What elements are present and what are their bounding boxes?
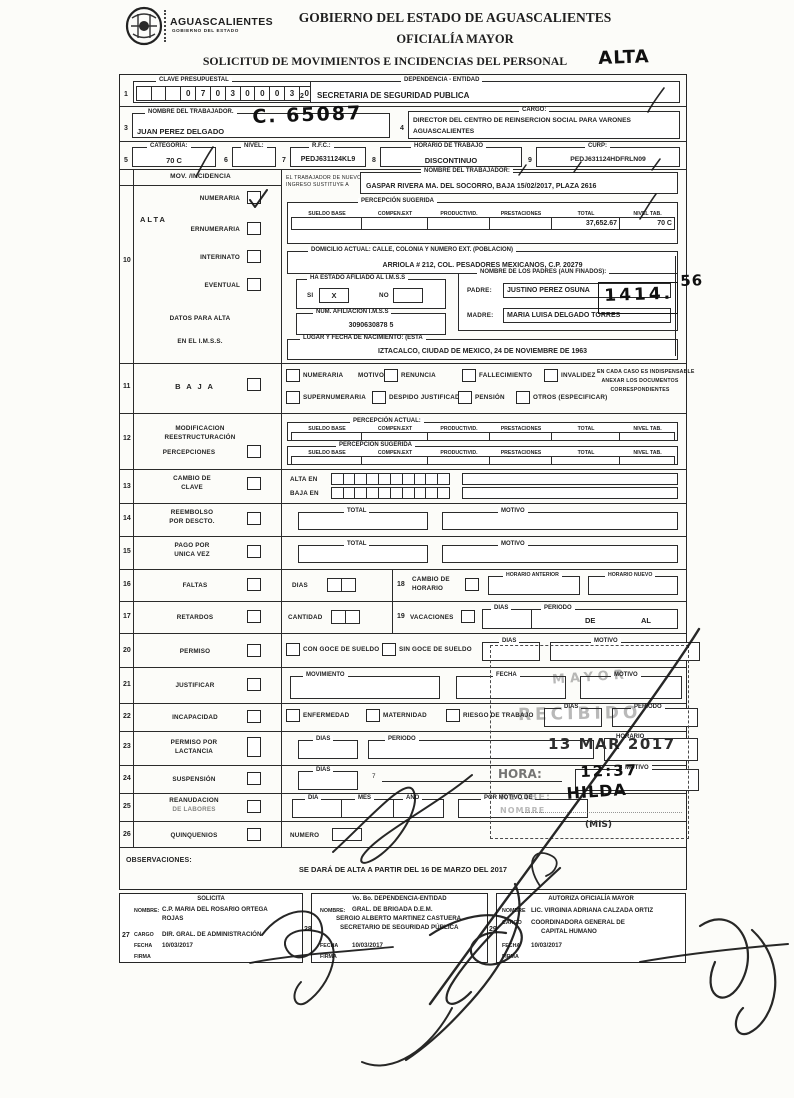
reanudacion-title-1: REANUDACION (142, 797, 246, 804)
modificacion-checkbox[interactable] (247, 445, 261, 458)
cargo-label: CARGO: (519, 107, 549, 113)
sustituye-text-1: EL TRABAJADOR DE NUEVO (286, 175, 361, 181)
reembolso-motivo-field[interactable]: MOTIVO (442, 512, 678, 530)
baja-en-cells[interactable] (332, 487, 450, 499)
autoriza-cargo-2: CAPITAL HUMANO (541, 928, 597, 935)
justificar-checkbox[interactable] (247, 678, 261, 691)
handwritten-amount: 1414. (604, 284, 673, 306)
brand-subtitle: GOBIERNO DEL ESTADO (172, 28, 239, 33)
col-cell[interactable] (619, 456, 675, 465)
percepcion-sugerida-label-2: PERCEPCION SUGERIDA (336, 442, 415, 448)
lugar-nacimiento-value: IZTACALCO, CIUDAD DE MEXICO, 24 DE NOVIE… (288, 348, 677, 355)
baja-en-label: BAJA EN (290, 490, 319, 497)
digit-cell[interactable] (151, 86, 167, 101)
vacaciones-al-label: AL (641, 616, 651, 625)
nivel-field[interactable]: NIVEL: (232, 147, 276, 167)
divider (393, 800, 394, 817)
label-column-line (281, 169, 282, 847)
sustituye-text-2: INGRESO SUSTITUYE A (286, 182, 349, 188)
incapacidad-title: INCAPACIDAD (148, 714, 242, 721)
vacaciones-dias-label: DIAS (491, 605, 511, 611)
section-number: 20 (123, 647, 131, 654)
quinquenios-title: QUINQUENIOS (144, 832, 244, 839)
autoriza-cargo-1: COORDINADORA GENERAL DE (531, 919, 625, 926)
justificar-title: JUSTIFICAR (150, 682, 240, 689)
percepciones-title: PERCEPCIONES (136, 449, 242, 456)
incapacidad-checkbox[interactable] (247, 710, 261, 723)
reanudacion-fecha-field[interactable]: DIA MES AÑO (292, 799, 444, 818)
vobo-fecha: 10/03/2017 (352, 942, 383, 949)
dia-label: DIA (305, 795, 321, 801)
section-number: 25 (123, 803, 131, 810)
cargo-value-line1: DIRECTOR DEL CENTRO DE REINSERCION SOCIA… (413, 117, 631, 124)
mes-label: MES (355, 795, 374, 801)
vacaciones-de-label: DE (585, 616, 595, 625)
horario-trabajo-label: HORARIO DE TRABAJO (411, 143, 486, 149)
field-number: 5 (124, 157, 128, 164)
numeraria-checkbox[interactable] (247, 191, 261, 204)
si-value: X (320, 291, 348, 300)
handwritten-alta: ALTA (598, 46, 650, 69)
modificacion-title-1: MODIFICACION (142, 425, 258, 432)
document-title: GOBIERNO DEL ESTADO DE AGUASCALIENTES (240, 10, 670, 26)
number-column-line (133, 169, 134, 847)
ano-label: AÑO (403, 795, 422, 801)
baja-checkbox[interactable] (247, 378, 261, 391)
row-line (120, 185, 281, 186)
digit-cell[interactable] (136, 86, 152, 101)
lactancia-title-1: PERMISO POR (144, 739, 244, 746)
vacaciones-periodo-field[interactable]: DIAS PERIODO DE AL (482, 609, 678, 629)
stamp-nombre-faint: NOMBRE (500, 806, 545, 815)
horario-anterior-field[interactable]: HORARIO ANTERIOR (488, 576, 580, 595)
col-cell[interactable] (489, 432, 552, 441)
sustituto-nombre-label: NOMBRE DEL TRABAJADOR: (421, 168, 513, 174)
col-cell[interactable] (489, 456, 552, 465)
field-number: 1 (124, 91, 128, 98)
despido-checkbox[interactable] (372, 391, 386, 404)
en-el-imss-label: EN EL I.M.S.S. (145, 338, 255, 345)
fecha-label: FECHA (320, 943, 338, 949)
autoriza-block: AUTORIZA OFICIALÍA MAYOR NOMBRE LIC. VIR… (496, 893, 686, 963)
lactancia-periodo-label: PERIODO (385, 736, 419, 742)
autoriza-nombre: LIC. VIRGINIA ADRIANA CALZADA ORTIZ (531, 907, 653, 914)
percepcion-sugerida-group-2: PERCEPCION SUGERIDA SUELDO BASE COMPEN.E… (287, 446, 678, 465)
no-checkbox[interactable] (393, 288, 423, 303)
fallecimiento-checkbox[interactable] (462, 369, 476, 382)
digit-cell[interactable]: 0 (254, 86, 270, 101)
section-number: 19 (397, 613, 405, 620)
row-line (120, 363, 686, 364)
permiso-checkbox[interactable] (247, 644, 261, 657)
sin-goce-checkbox[interactable] (382, 643, 396, 656)
padre-value: JUSTINO PEREZ OSUNA (507, 287, 590, 294)
firma-label: FIRMA (502, 954, 519, 960)
reembolso-motivo-label: MOTIVO (498, 508, 528, 514)
baja-motivo-label: MOTIVO (358, 372, 384, 379)
reembolso-checkbox[interactable] (247, 512, 261, 525)
header-divider (164, 10, 166, 42)
pago-title-1: PAGO POR (142, 542, 242, 549)
baja-en-extension[interactable] (462, 487, 678, 499)
alta-en-cells[interactable] (332, 473, 450, 485)
section-number: 18 (397, 581, 405, 588)
cargo-label: CARGO (502, 920, 522, 926)
reembolso-total-field[interactable]: TOTAL (298, 512, 428, 530)
handwritten-hora: 12:37 (580, 761, 638, 781)
nivel-label: NIVEL: (241, 143, 267, 149)
horario-trabajo-value: DISCONTINUO (381, 156, 521, 165)
faltas-dias-cells[interactable] (328, 578, 356, 592)
cambio-horario-label-1: CAMBIO DE (412, 576, 450, 583)
section-number: 13 (123, 483, 131, 490)
row-line (120, 601, 686, 602)
section-number: 14 (123, 515, 131, 522)
solicita-fecha: 10/03/2017 (162, 942, 193, 949)
state-seal-icon (124, 6, 164, 46)
handwritten-cedula: C. 65087 (252, 102, 363, 128)
field-number: 7 (282, 157, 286, 164)
prestaciones-cell[interactable] (489, 217, 552, 230)
reembolso-total-label: TOTAL (344, 508, 369, 514)
pension-checkbox[interactable] (458, 391, 472, 404)
document-page: AGUASCALIENTES GOBIERNO DEL ESTADO GOBIE… (0, 0, 794, 1098)
numero-field[interactable] (332, 828, 362, 841)
section-number: 16 (123, 581, 131, 588)
row-line (120, 469, 686, 470)
digit-cell[interactable]: 3 (284, 86, 300, 101)
datos-para-alta-label: DATOS PARA ALTA (145, 315, 255, 322)
num-afiliacion-value: 3090630878 5 (297, 322, 445, 329)
invalidez-label: INVALIDEZ (561, 372, 596, 379)
solicita-cargo: DIR. GRAL. DE ADMINISTRACIÓN (162, 931, 261, 938)
rfc-field[interactable]: R.F.C.: PEDJ631124KL9 (290, 147, 366, 167)
reembolso-title-1: REEMBOLSO (142, 509, 242, 516)
solicita-nombre-1: C.P. MARIA DEL ROSARIO ORTEGA (162, 906, 268, 913)
si-label: SI (307, 292, 313, 299)
col-cell[interactable] (619, 432, 675, 441)
handwritten-vertical-line (675, 256, 676, 356)
vacaciones-label: VACACIONES (410, 614, 454, 621)
handwritten-amount-2: 56 (680, 271, 703, 290)
digit-cell[interactable]: 0 (240, 86, 256, 101)
form-title: SOLICITUD DE MOVIMIENTOS E INCIDENCIAS D… (160, 54, 610, 69)
signature-autoriza-2 (736, 930, 775, 1034)
baja-numeraria-label: NUMERARIA (303, 372, 343, 379)
col-cell[interactable] (291, 432, 362, 441)
row-line (120, 536, 686, 537)
supernumeraria-label: ERNUMERARIA (156, 226, 240, 233)
row-line (120, 413, 686, 414)
eventual-label: EVENTUAL (160, 282, 240, 289)
horario-trabajo-field[interactable]: HORARIO DE TRABAJO DISCONTINUO (380, 147, 522, 167)
si-checkbox[interactable]: X (319, 288, 349, 303)
vobo-block: Vo. Bo. DEPENDENCIA-ENTIDAD NOMBRE: GRAL… (311, 893, 488, 963)
section-number: 23 (123, 743, 131, 750)
con-goce-label: CON GOCE DE SUELDO (303, 646, 379, 653)
stamp-hora-label: HORA: (498, 767, 542, 781)
otros-label: OTROS (ESPECIFICAR) (533, 394, 607, 401)
signature-autoriza-1 (700, 919, 748, 997)
firma-label: FIRMA (320, 954, 337, 960)
section-number: 21 (123, 681, 131, 688)
cantidad-cells[interactable] (332, 610, 360, 624)
madre-label: MADRE: (467, 312, 493, 319)
baja-nota-2: ANEXAR LOS DOCUMENTOS (597, 378, 683, 384)
section-number: 17 (123, 613, 131, 620)
reembolso-title-2: POR DESCTO. (142, 518, 242, 525)
padres-label: NOMBRE DE LOS PADRES (AUN FINADOS): (477, 269, 609, 275)
renuncia-label: RENUNCIA (401, 372, 436, 379)
sustituto-nombre-field[interactable]: NOMBRE DEL TRABAJADOR: GASPAR RIVERA MA.… (360, 172, 678, 194)
observaciones-label: OBSERVACIONES: (126, 857, 192, 864)
dependencia-label: DEPENDENCIA - ENTIDAD (401, 77, 482, 83)
percepcion-sugerida-label: PERCEPCIÓN SUGERIDA (358, 198, 437, 204)
lactancia-title-2: LACTANCIA (144, 748, 244, 755)
pago-motivo-field[interactable]: MOTIVO (442, 545, 678, 563)
field-number: 9 (528, 157, 532, 164)
stamp-dotted-line (522, 812, 682, 813)
numeraria-label: NUMERARIA (160, 195, 240, 202)
section-number: 24 (123, 775, 131, 782)
cantidad-label: CANTIDAD (288, 614, 322, 621)
percepcion-actual-label: PERCEPCIÓN ACTUAL: (350, 418, 424, 424)
field-number: 3 (124, 125, 128, 132)
col-cell[interactable] (427, 456, 490, 465)
curp-field[interactable]: CURP: PEDJ631124HDFRLN09 (536, 147, 680, 167)
reanudacion-title-2: DE LABORES (142, 806, 246, 813)
quinquenios-checkbox[interactable] (247, 828, 261, 841)
row-line (120, 106, 686, 107)
digit-cell[interactable]: 3 (225, 86, 241, 101)
horario-nuevo-label: HORARIO NUEVO (605, 572, 655, 578)
maternidad-label: MATERNIDAD (383, 712, 427, 719)
alta-en-extension[interactable] (462, 473, 678, 485)
baja-numeraria-checkbox[interactable] (286, 369, 300, 382)
col-cell[interactable] (551, 432, 620, 441)
pago-motivo-label: MOTIVO (498, 541, 528, 547)
col-cell[interactable] (427, 432, 490, 441)
fallecimiento-label: FALLECIMIENTO (479, 372, 532, 379)
interinato-label: INTERINATO (160, 254, 240, 261)
field-number: 4 (400, 125, 404, 132)
permiso-dias-label: DIAS (499, 638, 519, 644)
nombre-label: NOMBRE: (134, 908, 159, 914)
baja-supernumeraria-label: SUPERNUMERARIA (303, 394, 366, 401)
vacaciones-checkbox[interactable] (461, 610, 475, 623)
total-cell[interactable]: 37,652.67 (551, 217, 620, 230)
field-number: 8 (372, 157, 376, 164)
dependencia-value: SECRETARIA DE SEGURIDAD PUBLICA (317, 91, 469, 100)
categoria-field[interactable]: CATEGORÍA: 70 C (132, 147, 216, 167)
interinato-checkbox[interactable] (247, 250, 261, 263)
otros-checkbox[interactable] (516, 391, 530, 404)
digit-cell[interactable]: 0 (269, 86, 285, 101)
cambio-clave-checkbox[interactable] (247, 477, 261, 490)
cambio-clave-title-1: CAMBIO DE (142, 475, 242, 482)
cambio-horario-label-2: HORARIO (412, 585, 443, 592)
afiliado-imss-group: HA ESTADO AFILIADO AL I.M.S.S SI X NO (296, 279, 446, 309)
horario-anterior-label: HORARIO ANTERIOR (503, 572, 562, 578)
lactancia-checkbox[interactable] (247, 737, 261, 757)
afiliado-imss-label: HA ESTADO AFILIADO AL I.M.S.S (307, 275, 408, 281)
movimiento-label: MOVIMIENTO (303, 672, 348, 678)
baja-nota-1: EN CADA CASO ES INDISPENSABLE (597, 369, 683, 375)
compen-ext-cell[interactable] (361, 217, 428, 230)
digit-cell[interactable]: 7 (195, 86, 211, 101)
row-line (120, 169, 686, 170)
modificacion-title-2: REESTRUCTURACIÓN (142, 434, 258, 441)
categoria-label: CATEGORÍA: (147, 143, 191, 149)
riesgo-trabajo-checkbox[interactable] (446, 709, 460, 722)
rfc-value: PEDJ631124KL9 (291, 156, 365, 163)
field-number: 6 (224, 157, 228, 164)
invalidez-checkbox[interactable] (544, 369, 558, 382)
solicita-nombre-2: ROJAS (162, 915, 183, 922)
section-number: 11 (123, 383, 130, 390)
movimiento-field[interactable]: MOVIMIENTO (290, 676, 440, 699)
horario-nuevo-field[interactable]: HORARIO NUEVO (588, 576, 678, 595)
section-number: 22 (123, 713, 131, 720)
digit-cell[interactable]: 0 (180, 86, 196, 101)
nombre-trabajador-label: NOMBRE DEL TRABAJADOR. (145, 109, 237, 115)
digit-cell[interactable]: 0 (210, 86, 226, 101)
clave-presupuestal-label: CLAVE PRESUPUESTAL (156, 77, 232, 83)
row-line (120, 633, 686, 634)
suspension-dias-label: DIAS (313, 767, 333, 773)
stamp-date: 13 MAR 2017 (548, 735, 676, 753)
lugar-nacimiento-label: LUGAR Y FECHA DE NACIMIENTO: (ESTA (300, 335, 426, 341)
row-line (120, 847, 686, 848)
eventual-checkbox[interactable] (247, 278, 261, 291)
nombre-trabajador-value: JUAN PEREZ DELGADO (137, 127, 224, 136)
renuncia-checkbox[interactable] (384, 369, 398, 382)
nombre-label: NOMBRE (502, 908, 526, 914)
nivel-tab-cell[interactable]: 70 C (619, 217, 675, 230)
lactancia-dias-field[interactable]: DIAS (298, 740, 358, 759)
suspension-seven: 7 (372, 773, 376, 780)
rfc-label: R.F.C.: (309, 143, 334, 149)
retardos-checkbox[interactable] (247, 610, 261, 623)
row-line (120, 141, 686, 142)
percepcion-sugerida-group: PERCEPCIÓN SUGERIDA SUELDO BASE COMPEN.E… (287, 202, 678, 244)
alta-en-label: ALTA EN (290, 476, 318, 483)
row-line (120, 569, 686, 570)
digit-cell[interactable] (165, 86, 181, 101)
pago-title-2: UNICA VEZ (142, 551, 242, 558)
enfermedad-checkbox[interactable] (286, 709, 300, 722)
reanudacion-checkbox[interactable] (247, 800, 261, 813)
mov-incidencia-header: MOV. /INCIDENCIA (120, 173, 281, 180)
pago-total-field[interactable]: TOTAL (298, 545, 428, 563)
divider (341, 800, 342, 817)
section-number: 15 (123, 548, 131, 555)
permiso-title: PERMISO (150, 648, 240, 655)
sustituto-nombre-value: GASPAR RIVERA MA. DEL SOCORRO, BAJA 15/0… (366, 183, 596, 190)
curp-label: CURP: (585, 143, 610, 149)
padre-label: PADRE: (467, 287, 492, 294)
pago-total-label: TOTAL (344, 541, 369, 547)
sin-goce-label: SIN GOCE DE SUELDO (399, 646, 472, 653)
vobo-nombre-2: SERGIO ALBERTO MARTINEZ CASTUERA (336, 915, 461, 922)
field-number: 2 (300, 93, 304, 100)
curp-value: PEDJ631124HDFRLN09 (537, 156, 679, 163)
permiso-motivo-label: MOTIVO (591, 638, 621, 644)
productividad-cell[interactable] (427, 217, 490, 230)
col-cell[interactable] (361, 432, 428, 441)
lactancia-dias-label: DIAS (313, 736, 333, 742)
num-afiliacion-field[interactable]: NUM. AFILIACION I.M.S.S 3090630878 5 (296, 313, 446, 335)
vobo-nombre-3: SECRETARIO DE SEGURIDAD PÚBLICA (340, 924, 459, 931)
section-number: 10 (123, 257, 131, 264)
nombre-label: NOMBRE: (320, 908, 345, 914)
faltas-title: FALTAS (150, 582, 240, 589)
lugar-nacimiento-field[interactable]: LUGAR Y FECHA DE NACIMIENTO: (ESTA IZTAC… (287, 339, 678, 360)
fecha-label: FECHA (134, 943, 152, 949)
vacaciones-periodo-label: PERIODO (541, 605, 575, 611)
alta-label: ALTA (140, 215, 167, 224)
stamp-mis: (MIS) (585, 820, 612, 830)
maternidad-checkbox[interactable] (366, 709, 380, 722)
cargo-field[interactable]: CARGO: DIRECTOR DEL CENTRO DE REINSERCIO… (408, 111, 680, 139)
solicita-header: SOLICITA (120, 896, 302, 902)
suspension-checkbox[interactable] (247, 772, 261, 785)
pension-label: PENSIÓN (475, 394, 505, 401)
cargo-value-line2: AGUASCALIENTES (413, 128, 474, 135)
numero-label: NUMERO (290, 832, 319, 839)
section-number: 12 (123, 435, 131, 442)
baja-nota-3: CORRESPONDIENTES (597, 387, 683, 393)
faltas-checkbox[interactable] (247, 578, 261, 591)
supernumeraria-checkbox[interactable] (247, 222, 261, 235)
faltas-dias-label: DIAS (292, 582, 308, 589)
stamp-recibe-label: RECIBE: (500, 792, 551, 803)
categoria-value: 70 C (133, 156, 215, 165)
col-cell[interactable] (291, 456, 362, 465)
pago-unica-vez-checkbox[interactable] (247, 545, 261, 558)
retardos-title: RETARDOS (150, 614, 240, 621)
suspension-dias-field[interactable]: DIAS (298, 771, 358, 790)
suspension-title: SUSPENSIÓN (146, 776, 242, 783)
vobo-nombre-1: GRAL. DE BRIGADA D.E.M. (352, 906, 433, 913)
firma-label: FIRMA (134, 954, 151, 960)
document-subtitle: OFICIALÍA MAYOR (240, 32, 670, 47)
baja-supernumeraria-checkbox[interactable] (286, 391, 300, 404)
cargo-label: CARGO (134, 932, 154, 938)
signature-central-tail (362, 1008, 452, 1065)
solicita-block: SOLICITA NOMBRE: C.P. MARIA DEL ROSARIO … (119, 893, 303, 963)
divider (531, 610, 532, 628)
cambio-horario-checkbox[interactable] (465, 578, 479, 591)
row-line (120, 503, 686, 504)
observaciones-value: SE DARÁ DE ALTA A PARTIR DEL 16 DE MARZO… (120, 865, 686, 874)
cambio-clave-title-2: CLAVE (142, 484, 242, 491)
section-number: 26 (123, 831, 131, 838)
con-goce-checkbox[interactable] (286, 643, 300, 656)
domicilio-value: ARRIOLA # 212, COL. PESADORES MEXICANOS,… (288, 262, 677, 269)
domicilio-label: DOMICILIO ACTUAL: CALLE, COLONIA Y NUMER… (308, 247, 516, 253)
col-cell[interactable] (361, 456, 428, 465)
despido-label: DESPIDO JUSTIFICADO (389, 394, 465, 401)
autoriza-fecha: 10/03/2017 (531, 942, 562, 949)
sub-column-line (392, 569, 393, 633)
stamp-recibido: RECIBIDO (518, 703, 642, 725)
col-cell[interactable] (551, 456, 620, 465)
sueldo-base-cell[interactable] (291, 217, 362, 230)
enfermedad-label: ENFERMEDAD (303, 712, 349, 719)
vobo-header: Vo. Bo. DEPENDENCIA-ENTIDAD (312, 896, 487, 902)
dependencia-field[interactable]: DEPENDENCIA - ENTIDAD SECRETARIA DE SEGU… (310, 81, 680, 103)
